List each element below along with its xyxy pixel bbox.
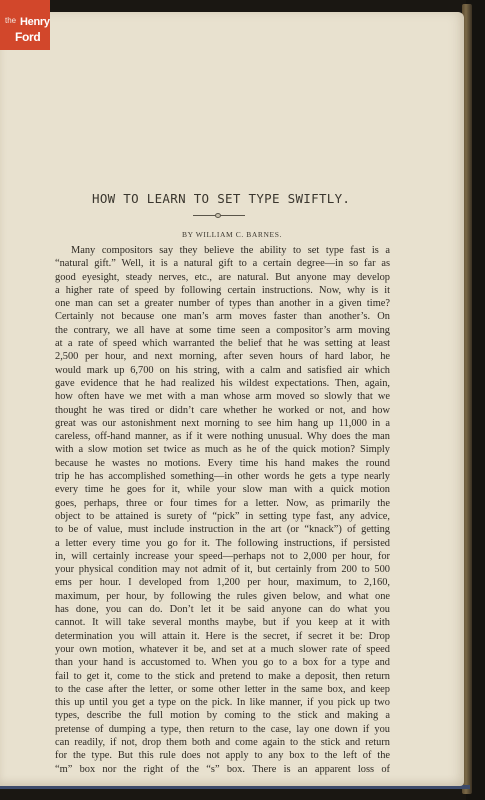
title-ornament-divider [193,213,245,219]
body-line: goes, perhaps, three or four times for a… [55,497,390,510]
body-line: types, describe the full motion by comin… [55,709,390,722]
logo-the: the [5,17,16,25]
body-line: the contrary, we all have at some time s… [55,324,390,337]
body-line: Certainly not because one man’s arm move… [55,310,390,323]
body-line: cannot. It will take several months mayb… [55,616,390,629]
body-line: for the type. But this rule does not app… [55,749,390,762]
body-line: your own motion, whatever it be, and set… [55,643,390,656]
body-line: one man can set a greater number of type… [55,297,390,310]
body-line: fail to get it, come to the stick and pr… [55,670,390,683]
body-line: in, will certainly increase your speed—p… [55,550,390,563]
body-line: object to be attained is surety of “pick… [55,510,390,523]
body-line: pretense of dumping a type, then return … [55,723,390,736]
body-line: ems per hour. I developed from 1,200 per… [55,576,390,589]
ornament-dot-icon [215,213,221,218]
body-line: a higher rate of speed by following cert… [55,284,390,297]
body-line: has done, you can do. Don’t let it be sa… [55,603,390,616]
body-line: “natural gift.” Well, it is a natural gi… [55,257,390,270]
article-body: Many compositors say they believe the ab… [55,244,390,776]
body-line: with a slow motion set twice as much as … [55,443,390,456]
body-line: careless, off-hand manner, as if it were… [55,430,390,443]
body-line: would mark up 6,700 on his string, with … [55,364,390,377]
body-line: 2,500 per hour, and next morning, after … [55,350,390,363]
body-line: how often have we met with a man whose a… [55,390,390,403]
body-line: gave evidence that he had realized his w… [55,377,390,390]
logo-henry: Henry [20,17,50,28]
body-line: at a rate of speed which warranted the b… [55,337,390,350]
logo-ford: Ford [15,31,40,43]
body-line: every time he goes for it, while your sl… [55,483,390,496]
body-line: maximum, per hour, by following the rule… [55,590,390,603]
body-line: Many compositors say they believe the ab… [55,244,390,257]
body-line: because he wastes no motions. Every time… [55,457,390,470]
body-line: great was our astonishment next morning … [55,417,390,430]
body-line: to be of value, must include instruction… [55,523,390,536]
body-line: than your hand is accustomed to. When yo… [55,656,390,669]
book-page: HOW TO LEARN TO SET TYPE SWIFTLY. BY WIL… [0,12,464,786]
henry-ford-logo: the Henry Ford [0,0,50,50]
body-line: determination you will attain it. Here i… [55,630,390,643]
body-line: to the case after the letter, or some ot… [55,683,390,696]
body-line: can readily, if not, drop them both and … [55,736,390,749]
body-line: a letter every time you go for it. The f… [55,537,390,550]
body-line: good eyesight, steady nerves, etc., are … [55,271,390,284]
body-line: thought he was tired or didn’t care whet… [55,404,390,417]
body-line: trip he has accomplished something—in ot… [55,470,390,483]
article-title: HOW TO LEARN TO SET TYPE SWIFTLY. [92,191,352,206]
article-byline: BY WILLIAM C. BARNES. [0,230,464,239]
body-line: your physical condition may not admit of… [55,563,390,576]
body-line: “m” box nor the right of the “s” box. Th… [55,763,390,776]
body-line: this up until you get a type on the pick… [55,696,390,709]
